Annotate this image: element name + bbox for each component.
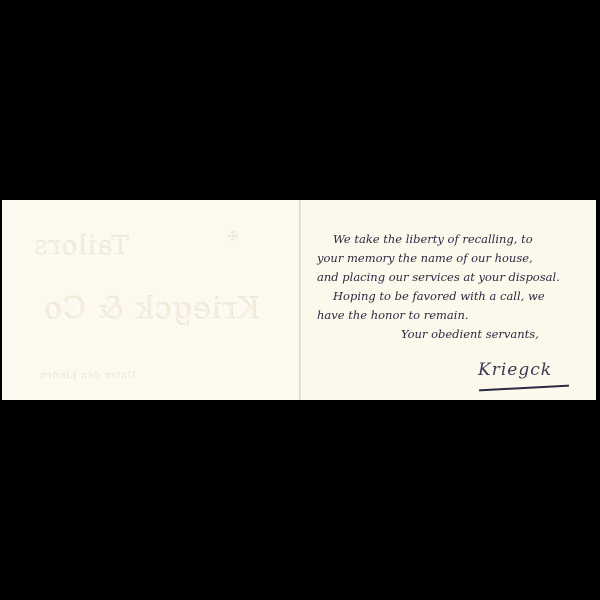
letter-line: We take the liberty of recalling, to: [317, 230, 587, 249]
embossed-address: Unter den Linden: [38, 372, 135, 382]
embossed-firm-name: Kriegck & Co: [42, 292, 259, 327]
card-left-panel: Tailors ✠ Kriegck & Co Unter den Linden: [2, 200, 299, 400]
folded-card: Tailors ✠ Kriegck & Co Unter den Linden …: [2, 200, 596, 400]
letter-line: your memory the name of our house,: [317, 249, 587, 268]
letter-body: We take the liberty of recalling, to you…: [317, 230, 587, 344]
letter-line: Hoping to be favored with a call, we: [317, 287, 587, 306]
letter-line: have the honor to remain.: [317, 306, 587, 325]
signature-underline: [479, 385, 569, 391]
letter-line: and placing our services at your disposa…: [317, 268, 587, 287]
card-right-panel: We take the liberty of recalling, to you…: [301, 200, 596, 400]
embossed-crest-icon: ✠: [227, 230, 237, 244]
letter-closing: Your obedient servants,: [317, 325, 587, 344]
signature: Kriegck: [478, 360, 552, 380]
embossed-title: Tailors: [32, 232, 128, 262]
